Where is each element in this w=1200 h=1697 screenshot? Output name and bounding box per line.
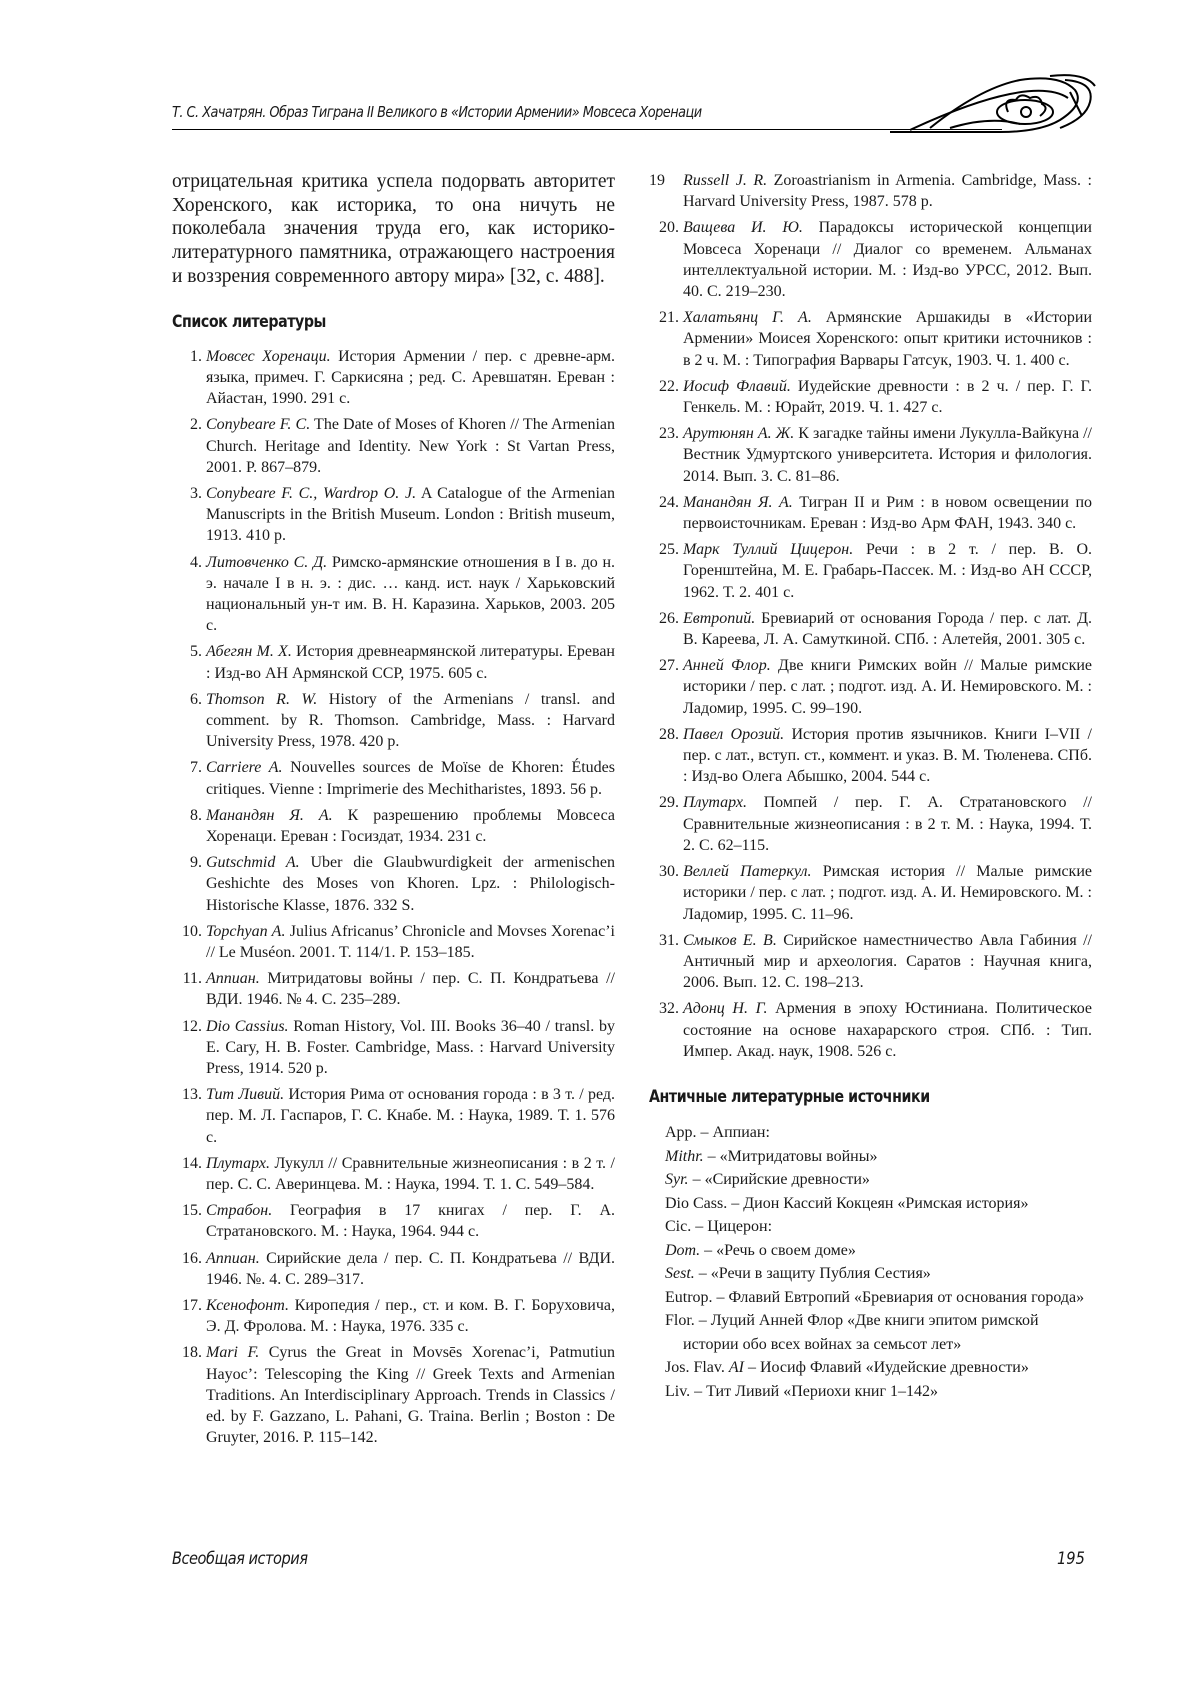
ancient-source-item: Flor. – Луций Анней Флор «Две книги эпит…: [665, 1309, 1092, 1356]
reference-number: 29.: [649, 792, 679, 813]
reference-item: 6.Thomson R. W. History of the Armenians…: [172, 689, 615, 753]
reference-author: Ксенофонт.: [206, 1297, 289, 1314]
reference-author: Манандян Я. А.: [206, 807, 333, 824]
reference-number: 12.: [172, 1016, 202, 1037]
ancient-source-item: App. – Аппиан:: [665, 1121, 1092, 1145]
reference-item: 12.Dio Cassius. Roman History, Vol. III.…: [172, 1016, 615, 1080]
reference-number: 20.: [649, 217, 679, 238]
reference-author: Страбон.: [206, 1202, 272, 1219]
reference-number: 10.: [172, 921, 202, 942]
ancient-source-item: Mithr. – «Митридатовы войны»: [665, 1145, 1092, 1169]
reference-author: Плутарх.: [206, 1155, 270, 1172]
reference-number: 2.: [172, 414, 202, 435]
source-text: Dio Cass. – Дион Кассий Кокцеян «Римская…: [665, 1195, 1028, 1212]
reference-item: 26.Евтропий. Бревиарий от основания Горо…: [649, 608, 1092, 650]
reference-item: 24.Манандян Я. А. Тигран II и Рим : в но…: [649, 492, 1092, 534]
reference-author: Абегян М. Х.: [206, 643, 292, 660]
reference-author: Аппиан.: [206, 970, 260, 987]
reference-number: 27.: [649, 655, 679, 676]
reference-item: 2.Conybeare F. C. The Date of Moses of K…: [172, 414, 615, 478]
reference-number: 19: [649, 170, 679, 191]
reference-item: 13.Тит Ливий. История Рима от основания …: [172, 1084, 615, 1148]
reference-item: 31.Смыков Е. В. Сирийское наместничество…: [649, 930, 1092, 994]
reference-item: 1.Мовсес Хоренаци. История Армении / пер…: [172, 346, 615, 410]
reference-number: 5.: [172, 641, 202, 662]
source-text: Cic. – Цицерон:: [665, 1218, 772, 1235]
source-text: Flor. – Луций Анней Флор «Две книги эпит…: [665, 1312, 1039, 1353]
reference-number: 28.: [649, 724, 679, 745]
reference-author: Topchyan A.: [206, 923, 285, 940]
ancient-source-item: Dio Cass. – Дион Кассий Кокцеян «Римская…: [665, 1192, 1092, 1216]
reference-author: Адонц Н. Г.: [683, 1000, 768, 1017]
source-text: – «Речь о своем доме»: [700, 1242, 856, 1259]
source-abbr-italic: Dom.: [665, 1242, 700, 1259]
reference-number: 4.: [172, 552, 202, 573]
reference-author: Мовсес Хоренаци.: [206, 348, 331, 365]
reference-author: Иосиф Флавий.: [683, 378, 791, 395]
reference-number: 26.: [649, 608, 679, 629]
reference-number: 21.: [649, 307, 679, 328]
ancient-source-item: Jos. Flav. AI – Иосиф Флавий «Иудейские …: [665, 1356, 1092, 1380]
reference-item: 5.Абегян М. Х. История древнеармянской л…: [172, 641, 615, 683]
reference-author: Анней Флор.: [683, 657, 771, 674]
right-column: 19Russell J. R. Zoroastrianism in Armeni…: [649, 170, 1092, 1403]
reference-item: 9.Gutschmid A. Uber die Glaubwurdigkeit …: [172, 852, 615, 916]
ancient-sources-list: App. – Аппиан:Mithr. – «Митридатовы войн…: [649, 1121, 1092, 1403]
reference-number: 14.: [172, 1153, 202, 1174]
ancient-sources-heading: Античные литературные источники: [649, 1086, 1030, 1107]
reference-item: 28.Павел Орозий. История против язычнико…: [649, 724, 1092, 788]
reference-author: Арутюнян А. Ж.: [683, 425, 794, 442]
source-text: – «Речи в защиту Публия Сестия»: [695, 1265, 931, 1282]
reference-author: Conybeare F. C.: [206, 416, 310, 433]
source-abbr-italic: Sest.: [665, 1265, 695, 1282]
reference-author: Смыков Е. В.: [683, 932, 777, 949]
reference-author: Аппиан.: [206, 1250, 260, 1267]
reference-number: 24.: [649, 492, 679, 513]
reference-item: 21.Халатьянц Г. А. Армянские Аршакиды в …: [649, 307, 1092, 371]
ancient-source-item: Dom. – «Речь о своем доме»: [665, 1239, 1092, 1263]
reference-text: Митридатовы войны / пер. С. П. Кондратье…: [206, 970, 615, 1008]
source-text: – «Сирийские древности»: [689, 1171, 870, 1188]
reference-item: 23.Арутюнян А. Ж. К загадке тайны имени …: [649, 423, 1092, 487]
source-text: Liv. – Тит Ливий «Периохи книг 1–142»: [665, 1383, 938, 1400]
reference-author: Carriere A.: [206, 759, 283, 776]
reference-author: Манандян Я. А.: [683, 494, 793, 511]
left-column: отрицательная критика успела подорвать а…: [172, 170, 615, 1453]
reference-number: 22.: [649, 376, 679, 397]
reference-text: Cyrus the Great in Movsēs Xorenac’i, Pat…: [206, 1344, 615, 1446]
references-list-left: 1.Мовсес Хоренаци. История Армении / пер…: [172, 346, 615, 1449]
footer-journal-section: Всеобщая история: [172, 1549, 308, 1569]
source-text: Eutrop. – Флавий Евтропий «Бревиария от …: [665, 1289, 1084, 1306]
reference-author: Russell J. R.: [683, 172, 767, 189]
reference-number: 17.: [172, 1295, 202, 1316]
source-abbr-italic: Syr.: [665, 1171, 689, 1188]
reference-item: 14.Плутарх. Лукулл // Сравнительные жизн…: [172, 1153, 615, 1195]
reference-number: 25.: [649, 539, 679, 560]
reference-author: Thomson R. W.: [206, 691, 317, 708]
reference-item: 18.Mari F. Cyrus the Great in Movsēs Xor…: [172, 1342, 615, 1448]
reference-item: 20.Ващева И. Ю. Парадоксы исторической к…: [649, 217, 1092, 302]
running-head: Т. С. Хачатрян. Образ Тиграна II Великог…: [172, 103, 791, 121]
reference-author: Ващева И. Ю.: [683, 219, 803, 236]
ancient-source-item: Sest. – «Речи в защиту Публия Сестия»: [665, 1262, 1092, 1286]
reference-number: 6.: [172, 689, 202, 710]
reference-item: 17.Ксенофонт. Киропедия / пер., ст. и ко…: [172, 1295, 615, 1337]
reference-number: 16.: [172, 1248, 202, 1269]
ancient-source-item: Liv. – Тит Ливий «Периохи книг 1–142»: [665, 1380, 1092, 1404]
reference-number: 7.: [172, 757, 202, 778]
reference-item: 30.Веллей Патеркул. Римская история // М…: [649, 861, 1092, 925]
reference-author: Dio Cassius.: [206, 1018, 289, 1035]
reference-item: 27.Анней Флор. Две книги Римских войн //…: [649, 655, 1092, 719]
reference-author: Плутарх.: [683, 794, 747, 811]
reference-number: 15.: [172, 1200, 202, 1221]
art-nouveau-ornament-icon: [890, 72, 1100, 140]
reference-number: 18.: [172, 1342, 202, 1363]
source-abbr-italic: Mithr.: [665, 1148, 704, 1165]
reference-author: Веллей Патеркул.: [683, 863, 811, 880]
reference-author: Павел Орозий.: [683, 726, 784, 743]
source-text: App. – Аппиан:: [665, 1124, 770, 1141]
reference-author: Mari F.: [206, 1344, 259, 1361]
reference-number: 32.: [649, 998, 679, 1019]
reference-number: 30.: [649, 861, 679, 882]
reference-number: 1.: [172, 346, 202, 367]
reference-author: Евтропий.: [683, 610, 755, 627]
reference-number: 3.: [172, 483, 202, 504]
references-heading: Список литературы: [172, 311, 553, 332]
reference-item: 25.Марк Туллий Цицерон. Речи : в 2 т. / …: [649, 539, 1092, 603]
reference-item: 32.Адонц Н. Г. Армения в эпоху Юстиниана…: [649, 998, 1092, 1062]
reference-item: 22.Иосиф Флавий. Иудейские древности : в…: [649, 376, 1092, 418]
reference-author: Литовченко С. Д.: [206, 554, 327, 571]
source-abbr-italic: AI: [729, 1359, 744, 1376]
page-number: 195: [1057, 1549, 1085, 1569]
reference-number: 8.: [172, 805, 202, 826]
reference-author: Conybeare F. C., Wardrop O. J.: [206, 485, 416, 502]
reference-item: 11.Аппиан. Митридатовы войны / пер. С. П…: [172, 968, 615, 1010]
reference-item: 8.Манандян Я. А. К разрешению проблемы М…: [172, 805, 615, 847]
reference-number: 31.: [649, 930, 679, 951]
reference-item: 19Russell J. R. Zoroastrianism in Armeni…: [649, 170, 1092, 212]
ancient-source-item: Syr. – «Сирийские древности»: [665, 1168, 1092, 1192]
reference-item: 4.Литовченко С. Д. Римско-армянские отно…: [172, 552, 615, 637]
reference-item: 29.Плутарх. Помпей / пер. Г. А. Стратано…: [649, 792, 1092, 856]
reference-item: 3.Conybeare F. C., Wardrop O. J. A Catal…: [172, 483, 615, 547]
source-abbr: Jos. Flav.: [665, 1359, 729, 1376]
header-rule: [172, 129, 1002, 130]
ancient-source-item: Cic. – Цицерон:: [665, 1215, 1092, 1239]
reference-author: Халатьянц Г. А.: [683, 309, 812, 326]
reference-item: 10.Topchyan A. Julius Africanus’ Chronic…: [172, 921, 615, 963]
reference-number: 23.: [649, 423, 679, 444]
reference-number: 13.: [172, 1084, 202, 1105]
reference-number: 11.: [172, 968, 202, 989]
ancient-sources-section: Античные литературные источники App. – А…: [649, 1086, 1092, 1403]
body-paragraph: отрицательная критика успела подорвать а…: [172, 170, 615, 289]
reference-item: 15.Страбон. География в 17 книгах / пер.…: [172, 1200, 615, 1242]
reference-item: 16.Аппиан. Сирийские дела / пер. С. П. К…: [172, 1248, 615, 1290]
reference-item: 7.Carriere A. Nouvelles sources de Moïse…: [172, 757, 615, 799]
reference-text: Сирийские дела / пер. С. П. Кондратьева …: [206, 1250, 615, 1288]
source-text: – Иосиф Флавий «Иудейские древности»: [744, 1359, 1029, 1376]
reference-number: 9.: [172, 852, 202, 873]
reference-author: Тит Ливий.: [206, 1086, 284, 1103]
source-text: – «Митридатовы войны»: [704, 1148, 878, 1165]
references-list-right: 19Russell J. R. Zoroastrianism in Armeni…: [649, 170, 1092, 1062]
reference-author: Марк Туллий Цицерон.: [683, 541, 853, 558]
ancient-source-item: Eutrop. – Флавий Евтропий «Бревиария от …: [665, 1286, 1092, 1310]
reference-author: Gutschmid A.: [206, 854, 300, 871]
